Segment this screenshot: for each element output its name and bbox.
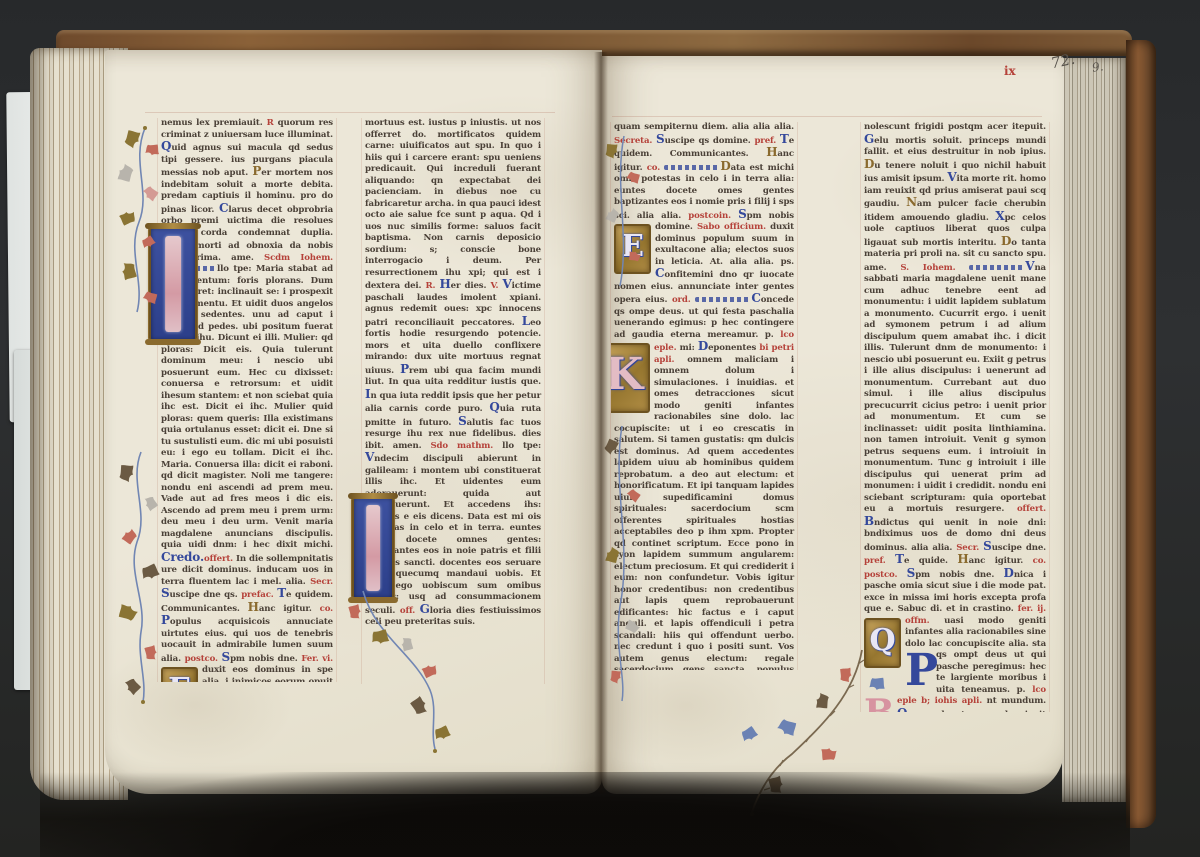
rubric-text: prefac. bbox=[241, 590, 277, 600]
body-text: na sabbati maria magdalene uenit mane cu… bbox=[864, 263, 1046, 515]
versal-letter: G bbox=[864, 132, 874, 146]
rubric-text: ord. bbox=[672, 295, 695, 305]
versal-letter: T bbox=[277, 586, 286, 600]
rubric-text: postcoin. bbox=[688, 211, 738, 221]
illuminated-initial-E: E bbox=[161, 667, 198, 682]
rubric-text: Scdm Iohem. bbox=[264, 253, 333, 263]
manuscript-photo: nemus lex premiauit. R quorum res crimin… bbox=[0, 0, 1200, 857]
body-text: mne qd natu e ex do uincit mundum. Et he… bbox=[897, 710, 1046, 713]
body-text: llo tpe: bbox=[502, 441, 541, 451]
illuminated-initial-Q: Q bbox=[864, 618, 901, 668]
body-text: mortuus est. iustus p iniustis. ut nos o… bbox=[365, 118, 541, 291]
versal-letter: V bbox=[365, 450, 374, 464]
illuminated-initial-E: E bbox=[614, 224, 651, 274]
versal-letter: D bbox=[1001, 234, 1011, 248]
versal-letter: V bbox=[502, 277, 511, 291]
versal-letter: O bbox=[897, 706, 907, 713]
body-text: uscipe qs domine. bbox=[665, 136, 755, 146]
versal-letter: X bbox=[995, 209, 1004, 223]
illuminated-initial-I bbox=[352, 496, 394, 600]
rubric-text: pref. bbox=[864, 556, 895, 566]
rubric-text: postco. bbox=[185, 654, 222, 664]
folio-number-secondary: 9. bbox=[1091, 59, 1104, 74]
body-text: uscipe dne qs. bbox=[170, 590, 242, 600]
rubric-text: offert. bbox=[1017, 504, 1046, 514]
versal-letter: D bbox=[1004, 566, 1014, 580]
body-text: e quide. bbox=[904, 556, 957, 566]
versal-letter: D bbox=[698, 339, 708, 353]
versal-letter: S bbox=[458, 414, 467, 428]
rubric-text: Sabo officium. bbox=[697, 222, 770, 232]
rubric-text: co. bbox=[647, 163, 665, 173]
versal-letter: B bbox=[864, 514, 874, 528]
binding-board-edge bbox=[1126, 40, 1156, 828]
versal-letter: H bbox=[248, 600, 259, 614]
body-text: anc igitur. bbox=[969, 556, 1033, 566]
body-text: er dies. bbox=[451, 281, 491, 291]
versal-letter: T bbox=[895, 552, 904, 566]
body-text: uscipe dne. bbox=[992, 543, 1046, 553]
versal-letter: P bbox=[161, 613, 170, 627]
rubric-text: co. bbox=[1033, 556, 1046, 566]
versal-letter: P bbox=[252, 164, 261, 178]
line-filler bbox=[664, 165, 720, 170]
text-column: nemus lex premiauit. R quorum res crimin… bbox=[157, 118, 337, 682]
illuminated-initial-B: B bbox=[864, 696, 894, 712]
rubric-text: postco. bbox=[864, 570, 907, 580]
text-column: nolescunt frigidi postqm acer itepuit. G… bbox=[860, 122, 1050, 712]
versal-letter: L bbox=[522, 314, 530, 328]
line-filler bbox=[969, 265, 1025, 270]
body-text: nt mundum. bbox=[987, 696, 1046, 706]
body-text: mi: bbox=[680, 343, 698, 353]
body-text: anc igitur. bbox=[259, 604, 320, 614]
illuminated-initial-K: K bbox=[610, 343, 650, 413]
gutter-shadow bbox=[594, 52, 608, 794]
versal-letter: S bbox=[161, 586, 170, 600]
text-column: quam sempiternu diem. alia alia alia. Se… bbox=[610, 122, 798, 670]
book-bottom-shadow bbox=[40, 772, 1130, 857]
body-text: pm nobis dne. bbox=[230, 654, 301, 664]
versal-letter: P bbox=[400, 362, 409, 376]
body-text: nolescunt frigidi postqm acer itepuit. bbox=[864, 122, 1046, 132]
versal-letter: Q bbox=[489, 400, 499, 414]
rubric-text: R. bbox=[425, 281, 439, 291]
versal-letter: S bbox=[738, 207, 747, 221]
rubric-text: co. bbox=[320, 604, 333, 614]
right-page-stack-edges bbox=[1062, 58, 1130, 802]
versal-letter: C bbox=[655, 266, 664, 280]
left-page: nemus lex premiauit. R quorum res crimin… bbox=[105, 50, 602, 794]
versal-letter: H bbox=[766, 145, 777, 159]
versal-letter: S bbox=[656, 132, 665, 146]
rubric-text: pref. bbox=[754, 136, 779, 146]
versal-letter: S bbox=[222, 650, 231, 664]
body-text: nemus lex premiauit. bbox=[161, 118, 267, 128]
body-text: duxit eos dominus in spe alia. i inimico… bbox=[202, 665, 333, 682]
rubric-text: Secr. bbox=[310, 577, 333, 587]
versal-letter: H bbox=[957, 552, 968, 566]
versal-letter: C bbox=[751, 291, 760, 305]
body-text: eponentes bbox=[708, 343, 759, 353]
versal-letter: S bbox=[983, 539, 992, 553]
body-text: quam sempiternu diem. alia alia alia. bbox=[614, 122, 794, 132]
rubric-text: off. bbox=[400, 606, 420, 616]
quire-mark: ix bbox=[1004, 64, 1016, 78]
body-text: elu mortis soluit. princeps mundi fallit… bbox=[864, 136, 1046, 158]
versal-letter: Credo. bbox=[161, 550, 204, 564]
versal-letter: S bbox=[907, 566, 916, 580]
rubric-text: Sdo mathm. bbox=[430, 441, 502, 451]
rubric-text: Secreta. bbox=[614, 136, 656, 146]
rubric-text: V. bbox=[490, 281, 502, 291]
versal-letter: C bbox=[219, 201, 228, 215]
versal-letter: H bbox=[439, 277, 450, 291]
illuminated-initial-P: P bbox=[905, 650, 933, 696]
rubric-text: R bbox=[267, 118, 278, 128]
rubric-text: S. Iohem. bbox=[900, 263, 969, 273]
versal-letter: D bbox=[720, 159, 730, 173]
versal-letter: Q bbox=[161, 139, 171, 153]
rubric-text: Fer. vi. bbox=[301, 654, 333, 664]
rubric-text: Secr. bbox=[956, 543, 983, 553]
versal-letter: D bbox=[864, 157, 874, 171]
rubric-text: offert. bbox=[204, 554, 236, 564]
ruling-line bbox=[145, 112, 555, 113]
versal-letter: N bbox=[906, 195, 917, 209]
versal-letter: G bbox=[420, 602, 430, 616]
illuminated-initial-I bbox=[149, 226, 197, 342]
versal-letter: T bbox=[780, 132, 789, 146]
ruling-line bbox=[612, 116, 1042, 117]
body-text: pm nobis dne. bbox=[915, 570, 1003, 580]
right-page: quam sempiternu diem. alia alia alia. Se… bbox=[602, 56, 1064, 794]
line-filler bbox=[695, 297, 751, 302]
